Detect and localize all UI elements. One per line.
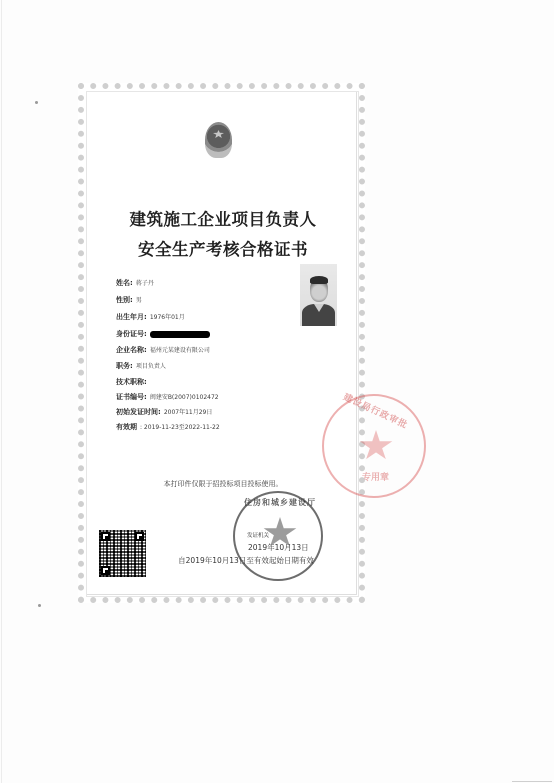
field-position: 职务:项目负责人: [116, 362, 166, 371]
photo-hair: [310, 276, 328, 284]
field-company: 企业名称:福州元某建设有限公司: [116, 346, 210, 355]
certificate-title-line2: 安全生产考核合格证书: [90, 236, 356, 260]
qr-finder: [101, 566, 110, 575]
gray-official-seal: 住房和城乡建设厅 发证机关: [233, 491, 323, 581]
field-validity: 有效期: 2019-11-23至2022-11-22: [116, 423, 220, 432]
star-icon: [359, 430, 393, 462]
scan-speck: [38, 604, 41, 607]
issue-date: 2019年10月13日: [248, 542, 309, 553]
field-birth: 出生年月:1976年01月: [116, 313, 185, 322]
field-certificate-number: 证书编号:闽建安B(2007)0102472: [116, 393, 219, 402]
field-name: 姓名:蒋子丹: [116, 279, 154, 288]
field-title: 技术职称:: [116, 378, 150, 387]
field-id-number: 身份证号:: [116, 330, 210, 339]
qr-code: [99, 530, 146, 577]
redaction-bar: [150, 331, 210, 338]
holder-photo: [300, 264, 337, 326]
field-initial-issue-date: 初始发证时间:2007年11月29日: [116, 408, 212, 417]
qr-finder: [135, 532, 144, 541]
usage-note: 本打印件仅限于招投标项目投标使用。: [90, 479, 356, 489]
scan-speck: [35, 101, 38, 104]
qr-finder: [101, 532, 110, 541]
scan-edge: [1, 0, 2, 783]
certificate-title-line1: 建筑施工企业项目负责人: [90, 206, 356, 230]
national-emblem-icon: [205, 122, 232, 158]
scan-edge-line: [512, 781, 552, 782]
validity-note: 自2019年10月13日至有效起始日期有效: [90, 555, 356, 566]
field-gender: 性别:男: [116, 296, 142, 305]
